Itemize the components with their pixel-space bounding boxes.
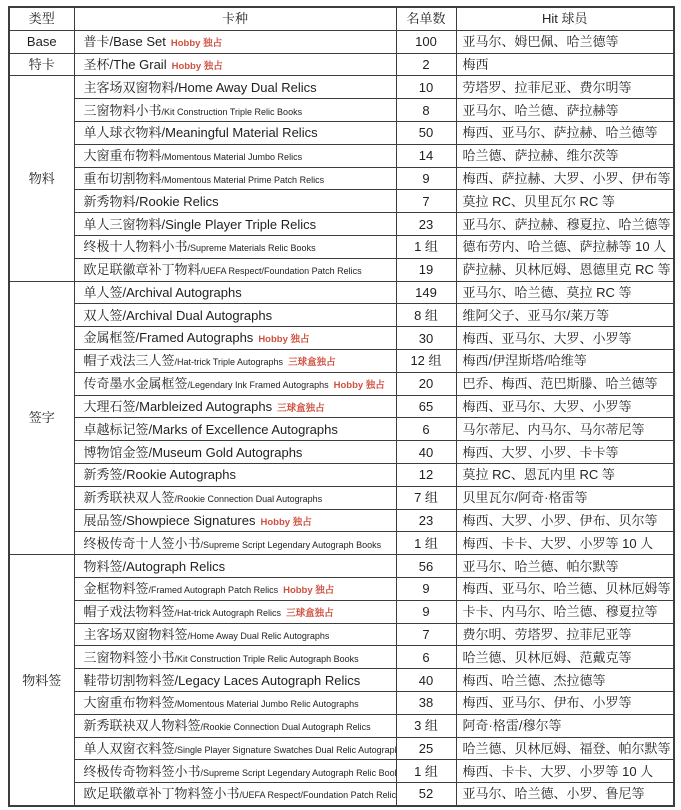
table-row: 卓越标记签/Marks of Excellence Autographs6马尔蒂… (9, 418, 674, 441)
card-name-cn: 双人签 (84, 308, 123, 323)
card-name-en: /Single Player Triple Relics (162, 217, 317, 232)
card-name-cell: 终极传奇十人签小书/Supreme Script Legendary Autog… (74, 532, 396, 555)
card-name-cell: 主客场双窗物料签/Home Away Dual Relic Autographs (74, 623, 396, 646)
players-cell: 马尔蒂尼、内马尔、马尔蒂尼等 (456, 418, 674, 441)
card-name-cn: 展品签 (84, 513, 123, 528)
card-name-cn: 三窗物料签小书 (84, 650, 175, 665)
card-name-cn: 重布切割物料 (84, 171, 162, 186)
players-cell: 哈兰德、贝林厄姆、范戴克等 (456, 646, 674, 669)
table-row: 欧足联徽章补丁物料/UEFA Respect/Foundation Patch … (9, 258, 674, 281)
players-cell: 梅西、亚马尔、哈兰德、贝林厄姆等 (456, 577, 674, 600)
table-row: 终极传奇十人签小书/Supreme Script Legendary Autog… (9, 532, 674, 555)
card-name-en: /Hat-trick Triple Autographs (175, 357, 284, 367)
exclusive-tag: Hobby 独占 (258, 334, 309, 345)
players-cell: 哈兰德、萨拉赫、维尔茨等 (456, 144, 674, 167)
table-row: 单人球衣物料/Meaningful Material Relics50梅西、亚马… (9, 121, 674, 144)
count-cell: 52 (396, 783, 456, 806)
card-name-cn: 单人三窗物料 (84, 217, 162, 232)
card-name-cn: 终极传奇十人签小书 (84, 536, 201, 551)
players-cell: 莫拉 RC、恩瓦内里 RC 等 (456, 463, 674, 486)
card-name-cell: 欧足联徽章补丁物料/UEFA Respect/Foundation Patch … (74, 258, 396, 281)
card-name-en: /Home Away Dual Relics (175, 80, 317, 95)
players-cell: 亚马尔、萨拉赫、穆夏拉、哈兰德等 (456, 213, 674, 236)
card-name-cell: 帽子戏法物料签/Hat-trick Autograph Relics三球盒独占 (74, 600, 396, 623)
count-cell: 38 (396, 691, 456, 714)
count-cell: 30 (396, 327, 456, 350)
card-name-cell: 金属框签/Framed AutographsHobby 独占 (74, 327, 396, 350)
card-name-cn: 新秀物料 (84, 194, 136, 209)
count-cell: 1 组 (396, 532, 456, 555)
card-name-cell: 单人双窗衣料签/Single Player Signature Swatches… (74, 737, 396, 760)
players-cell: 维阿父子、亚马尔/莱万等 (456, 304, 674, 327)
card-name-en: /Archival Dual Autographs (123, 308, 273, 323)
exclusive-tag: Hobby 独占 (172, 61, 223, 72)
card-name-cn: 金属框签 (84, 330, 136, 345)
card-name-cell: 展品签/Showpiece SignaturesHobby 独占 (74, 509, 396, 532)
card-name-cell: 大理石签/Marbleized Autographs三球盒独占 (74, 395, 396, 418)
card-checklist-page: 类型 卡种 名单数 Hit 球员 Base普卡/Base SetHobby 独占… (0, 0, 681, 810)
count-cell: 23 (396, 213, 456, 236)
count-cell: 100 (396, 30, 456, 53)
card-name-cn: 终极十人物料小书 (84, 239, 188, 254)
card-name-cell: 新秀联袂双人签/Rookie Connection Dual Autograph… (74, 486, 396, 509)
count-cell: 7 (396, 190, 456, 213)
card-name-en: /Hat-trick Autograph Relics (175, 608, 282, 618)
players-cell: 亚马尔、哈兰德、萨拉赫等 (456, 99, 674, 122)
card-name-en: /Kit Construction Triple Relic Autograph… (175, 654, 359, 664)
count-cell: 23 (396, 509, 456, 532)
card-name-cn: 博物馆金签 (84, 445, 149, 460)
card-name-cn: 帽子戏法物料签 (84, 604, 175, 619)
players-cell: 梅西、大罗、小罗、卡卡等 (456, 441, 674, 464)
card-name-en: /Showpiece Signatures (123, 513, 256, 528)
players-cell: 梅西、亚马尔、伊布、小罗等 (456, 691, 674, 714)
table-body: Base普卡/Base SetHobby 独占100亚马尔、姆巴佩、哈兰德等特卡… (9, 30, 674, 806)
card-name-cn: 三窗物料小书 (84, 103, 162, 118)
players-cell: 萨拉赫、贝林厄姆、恩德里克 RC 等 (456, 258, 674, 281)
table-row: 单人双窗衣料签/Single Player Signature Swatches… (9, 737, 674, 760)
card-name-cn: 新秀签 (84, 467, 123, 482)
count-cell: 56 (396, 555, 456, 578)
col-header-card: 卡种 (74, 7, 396, 30)
table-row: 传奇墨水金属框签/Legendary Ink Framed Autographs… (9, 372, 674, 395)
count-cell: 40 (396, 441, 456, 464)
card-name-cell: 新秀物料/Rookie Relics (74, 190, 396, 213)
card-name-cn: 卓越标记签 (84, 422, 149, 437)
card-name-cn: 帽子戏法三人签 (84, 353, 175, 368)
exclusive-tag: 三球盒独占 (286, 608, 334, 619)
exclusive-tag: Hobby 独占 (171, 38, 222, 49)
table-row: 主客场双窗物料签/Home Away Dual Relic Autographs… (9, 623, 674, 646)
count-cell: 12 (396, 463, 456, 486)
players-cell: 梅西、大罗、小罗、伊布、贝尔等 (456, 509, 674, 532)
count-cell: 3 组 (396, 714, 456, 737)
players-cell: 梅西、卡卡、大罗、小罗等 10 人 (456, 532, 674, 555)
players-cell: 梅西 (456, 53, 674, 76)
card-name-cell: 大窗重布物料签/Momentous Material Jumbo Relic A… (74, 691, 396, 714)
players-cell: 梅西、卡卡、大罗、小罗等 10 人 (456, 760, 674, 783)
players-cell: 亚马尔、哈兰德、帕尔默等 (456, 555, 674, 578)
card-name-en: /Marbleized Autographs (136, 399, 273, 414)
type-cell: 特卡 (9, 53, 74, 76)
count-cell: 19 (396, 258, 456, 281)
players-cell: 亚马尔、哈兰德、小罗、鲁尼等 (456, 783, 674, 806)
card-name-en: /Supreme Script Legendary Autograph Reli… (201, 768, 396, 778)
count-cell: 14 (396, 144, 456, 167)
players-cell: 亚马尔、哈兰德、莫拉 RC 等 (456, 281, 674, 304)
card-name-en: /The Grail (110, 57, 167, 72)
count-cell: 9 (396, 577, 456, 600)
exclusive-tag: 三球盒独占 (288, 357, 336, 368)
players-cell: 巴乔、梅西、范巴斯滕、哈兰德等 (456, 372, 674, 395)
count-cell: 8 (396, 99, 456, 122)
count-cell: 1 组 (396, 760, 456, 783)
table-header: 类型 卡种 名单数 Hit 球员 (9, 7, 674, 30)
count-cell: 12 组 (396, 349, 456, 372)
table-row: 帽子戏法物料签/Hat-trick Autograph Relics三球盒独占9… (9, 600, 674, 623)
count-cell: 6 (396, 646, 456, 669)
card-name-en: /Legendary Ink Framed Autographs (188, 380, 329, 390)
card-name-cell: 帽子戏法三人签/Hat-trick Triple Autographs三球盒独占 (74, 349, 396, 372)
card-name-en: /Supreme Script Legendary Autograph Book… (201, 540, 382, 550)
col-header-count: 名单数 (396, 7, 456, 30)
card-name-cn: 欧足联徽章补丁物料 (84, 262, 201, 277)
count-cell: 7 组 (396, 486, 456, 509)
table-row: 物料签物料签/Autograph Relics56亚马尔、哈兰德、帕尔默等 (9, 555, 674, 578)
table-row: 签字单人签/Archival Autographs149亚马尔、哈兰德、莫拉 R… (9, 281, 674, 304)
table-row: 大窗重布物料签/Momentous Material Jumbo Relic A… (9, 691, 674, 714)
players-cell: 梅西、哈兰德、杰拉德等 (456, 669, 674, 692)
card-name-cn: 新秀联袂双人物料签 (84, 718, 201, 733)
table-row: 单人三窗物料/Single Player Triple Relics23亚马尔、… (9, 213, 674, 236)
card-name-cn: 大窗重布物料 (84, 148, 162, 163)
card-name-cell: 主客场双窗物料/Home Away Dual Relics (74, 76, 396, 99)
players-cell: 梅西、萨拉赫、大罗、小罗、伊布等 (456, 167, 674, 190)
table-row: 终极传奇物料签小书/Supreme Script Legendary Autog… (9, 760, 674, 783)
count-cell: 7 (396, 623, 456, 646)
card-name-en: /Home Away Dual Relic Autographs (188, 631, 330, 641)
col-header-players: Hit 球员 (456, 7, 674, 30)
count-cell: 10 (396, 76, 456, 99)
players-cell: 阿奇·格雷/穆尔等 (456, 714, 674, 737)
card-name-en: /Archival Autographs (123, 285, 242, 300)
card-name-en: /Museum Gold Autographs (149, 445, 303, 460)
card-name-cell: 新秀签/Rookie Autographs (74, 463, 396, 486)
card-name-cn: 主客场双窗物料 (84, 80, 175, 95)
players-cell: 梅西、亚马尔、大罗、小罗等 (456, 327, 674, 350)
card-name-en: /Rookie Relics (136, 194, 219, 209)
card-name-cell: 传奇墨水金属框签/Legendary Ink Framed Autographs… (74, 372, 396, 395)
exclusive-tag: 三球盒独占 (277, 403, 325, 414)
table-row: 展品签/Showpiece SignaturesHobby 独占23梅西、大罗、… (9, 509, 674, 532)
players-cell: 梅西、亚马尔、萨拉赫、哈兰德等 (456, 121, 674, 144)
card-name-en: /Kit Construction Triple Relic Books (162, 107, 303, 117)
card-name-cell: 双人签/Archival Dual Autographs (74, 304, 396, 327)
card-name-en: /Momentous Material Jumbo Relics (162, 152, 303, 162)
type-cell: 物料签 (9, 555, 74, 806)
card-name-cn: 物料签 (84, 559, 123, 574)
count-cell: 1 组 (396, 235, 456, 258)
table-row: 三窗物料签小书/Kit Construction Triple Relic Au… (9, 646, 674, 669)
players-cell: 劳塔罗、拉菲尼亚、费尔明等 (456, 76, 674, 99)
card-name-en: /Framed Autograph Patch Relics (149, 585, 279, 595)
card-name-cn: 金框物料签 (84, 581, 149, 596)
card-name-cell: 终极传奇物料签小书/Supreme Script Legendary Autog… (74, 760, 396, 783)
card-name-cell: 博物馆金签/Museum Gold Autographs (74, 441, 396, 464)
card-name-en: /Legacy Laces Autograph Relics (175, 673, 361, 688)
card-name-en: /Framed Autographs (136, 330, 254, 345)
table-row: 博物馆金签/Museum Gold Autographs40梅西、大罗、小罗、卡… (9, 441, 674, 464)
count-cell: 149 (396, 281, 456, 304)
card-name-cell: 重布切割物料/Momentous Material Prime Patch Re… (74, 167, 396, 190)
card-name-cell: 三窗物料签小书/Kit Construction Triple Relic Au… (74, 646, 396, 669)
card-name-en: /Marks of Excellence Autographs (149, 422, 338, 437)
card-name-cn: 鞋带切割物料签 (84, 673, 175, 688)
table-row: 金属框签/Framed AutographsHobby 独占30梅西、亚马尔、大… (9, 327, 674, 350)
card-name-cn: 大理石签 (84, 399, 136, 414)
table-row: 终极十人物料小书/Supreme Materials Relic Books1 … (9, 235, 674, 258)
card-name-en: /Base Set (110, 34, 166, 49)
table-row: 鞋带切割物料签/Legacy Laces Autograph Relics40梅… (9, 669, 674, 692)
table-row: 物料主客场双窗物料/Home Away Dual Relics10劳塔罗、拉菲尼… (9, 76, 674, 99)
card-name-cell: 金框物料签/Framed Autograph Patch RelicsHobby… (74, 577, 396, 600)
card-name-cell: 新秀联袂双人物料签/Rookie Connection Dual Autogra… (74, 714, 396, 737)
card-name-en: /UEFA Respect/Foundation Patch Relics (201, 266, 362, 276)
count-cell: 9 (396, 167, 456, 190)
card-name-cn: 普卡 (84, 34, 110, 49)
card-name-en: /Rookie Autographs (123, 467, 236, 482)
type-cell: Base (9, 30, 74, 53)
card-name-cell: 卓越标记签/Marks of Excellence Autographs (74, 418, 396, 441)
count-cell: 65 (396, 395, 456, 418)
table-row: Base普卡/Base SetHobby 独占100亚马尔、姆巴佩、哈兰德等 (9, 30, 674, 53)
table-row: 三窗物料小书/Kit Construction Triple Relic Boo… (9, 99, 674, 122)
card-name-cn: 欧足联徽章补丁物料签小书 (84, 786, 240, 801)
card-name-cell: 欧足联徽章补丁物料签小书/UEFA Respect/Foundation Pat… (74, 783, 396, 806)
card-name-cn: 单人球衣物料 (84, 125, 162, 140)
col-header-type: 类型 (9, 7, 74, 30)
players-cell: 贝里瓦尔/阿奇·格雷等 (456, 486, 674, 509)
card-name-cell: 单人球衣物料/Meaningful Material Relics (74, 121, 396, 144)
card-name-cn: 主客场双窗物料签 (84, 627, 188, 642)
count-cell: 9 (396, 600, 456, 623)
exclusive-tag: Hobby 独占 (283, 585, 334, 596)
card-name-cell: 终极十人物料小书/Supreme Materials Relic Books (74, 235, 396, 258)
type-cell: 签字 (9, 281, 74, 555)
table-row: 新秀物料/Rookie Relics7莫拉 RC、贝里瓦尔 RC 等 (9, 190, 674, 213)
table-row: 双人签/Archival Dual Autographs8 组维阿父子、亚马尔/… (9, 304, 674, 327)
type-cell: 物料 (9, 76, 74, 281)
card-name-en: /UEFA Respect/Foundation Patch Relic Aut… (240, 790, 396, 800)
card-name-cell: 普卡/Base SetHobby 独占 (74, 30, 396, 53)
count-cell: 25 (396, 737, 456, 760)
table-row: 新秀联袂双人物料签/Rookie Connection Dual Autogra… (9, 714, 674, 737)
players-cell: 梅西/伊涅斯塔/哈维等 (456, 349, 674, 372)
players-cell: 费尔明、劳塔罗、拉菲尼亚等 (456, 623, 674, 646)
players-cell: 德布劳内、哈兰德、萨拉赫等 10 人 (456, 235, 674, 258)
table-row: 大理石签/Marbleized Autographs三球盒独占65梅西、亚马尔、… (9, 395, 674, 418)
players-cell: 哈兰德、贝林厄姆、福登、帕尔默等 (456, 737, 674, 760)
card-name-cell: 单人三窗物料/Single Player Triple Relics (74, 213, 396, 236)
players-cell: 梅西、亚马尔、大罗、小罗等 (456, 395, 674, 418)
count-cell: 50 (396, 121, 456, 144)
card-name-cell: 圣杯/The GrailHobby 独占 (74, 53, 396, 76)
table-row: 重布切割物料/Momentous Material Prime Patch Re… (9, 167, 674, 190)
exclusive-tag: Hobby 独占 (334, 380, 385, 391)
card-name-cell: 大窗重布物料/Momentous Material Jumbo Relics (74, 144, 396, 167)
card-name-cell: 物料签/Autograph Relics (74, 555, 396, 578)
card-name-en: /Supreme Materials Relic Books (188, 243, 316, 253)
card-name-en: /Autograph Relics (123, 559, 226, 574)
header-row: 类型 卡种 名单数 Hit 球员 (9, 7, 674, 30)
table-row: 大窗重布物料/Momentous Material Jumbo Relics14… (9, 144, 674, 167)
table-row: 帽子戏法三人签/Hat-trick Triple Autographs三球盒独占… (9, 349, 674, 372)
table-row: 金框物料签/Framed Autograph Patch RelicsHobby… (9, 577, 674, 600)
card-name-en: /Rookie Connection Dual Autographs (175, 494, 323, 504)
card-name-en: /Momentous Material Jumbo Relic Autograp… (175, 699, 359, 709)
count-cell: 8 组 (396, 304, 456, 327)
table-row: 新秀签/Rookie Autographs12莫拉 RC、恩瓦内里 RC 等 (9, 463, 674, 486)
players-cell: 莫拉 RC、贝里瓦尔 RC 等 (456, 190, 674, 213)
card-name-cell: 单人签/Archival Autographs (74, 281, 396, 304)
card-name-cn: 圣杯 (84, 57, 110, 72)
players-cell: 卡卡、内马尔、哈兰德、穆夏拉等 (456, 600, 674, 623)
card-name-cell: 鞋带切割物料签/Legacy Laces Autograph Relics (74, 669, 396, 692)
card-name-cn: 传奇墨水金属框签 (84, 376, 188, 391)
card-name-cn: 单人签 (84, 285, 123, 300)
card-name-cell: 三窗物料小书/Kit Construction Triple Relic Boo… (74, 99, 396, 122)
card-name-en: /Momentous Material Prime Patch Relics (162, 175, 325, 185)
table-row: 特卡圣杯/The GrailHobby 独占2梅西 (9, 53, 674, 76)
card-name-cn: 大窗重布物料签 (84, 695, 175, 710)
card-name-cn: 新秀联袂双人签 (84, 490, 175, 505)
players-cell: 亚马尔、姆巴佩、哈兰德等 (456, 30, 674, 53)
table-row: 新秀联袂双人签/Rookie Connection Dual Autograph… (9, 486, 674, 509)
exclusive-tag: Hobby 独占 (261, 517, 312, 528)
count-cell: 40 (396, 669, 456, 692)
card-name-en: /Single Player Signature Swatches Dual R… (175, 745, 396, 755)
count-cell: 2 (396, 53, 456, 76)
count-cell: 20 (396, 372, 456, 395)
count-cell: 6 (396, 418, 456, 441)
card-name-en: /Rookie Connection Dual Autograph Relics (201, 722, 371, 732)
card-checklist-table: 类型 卡种 名单数 Hit 球员 Base普卡/Base SetHobby 独占… (8, 6, 675, 807)
table-row: 欧足联徽章补丁物料签小书/UEFA Respect/Foundation Pat… (9, 783, 674, 806)
card-name-en: /Meaningful Material Relics (162, 125, 318, 140)
card-name-cn: 单人双窗衣料签 (84, 741, 175, 756)
card-name-cn: 终极传奇物料签小书 (84, 764, 201, 779)
